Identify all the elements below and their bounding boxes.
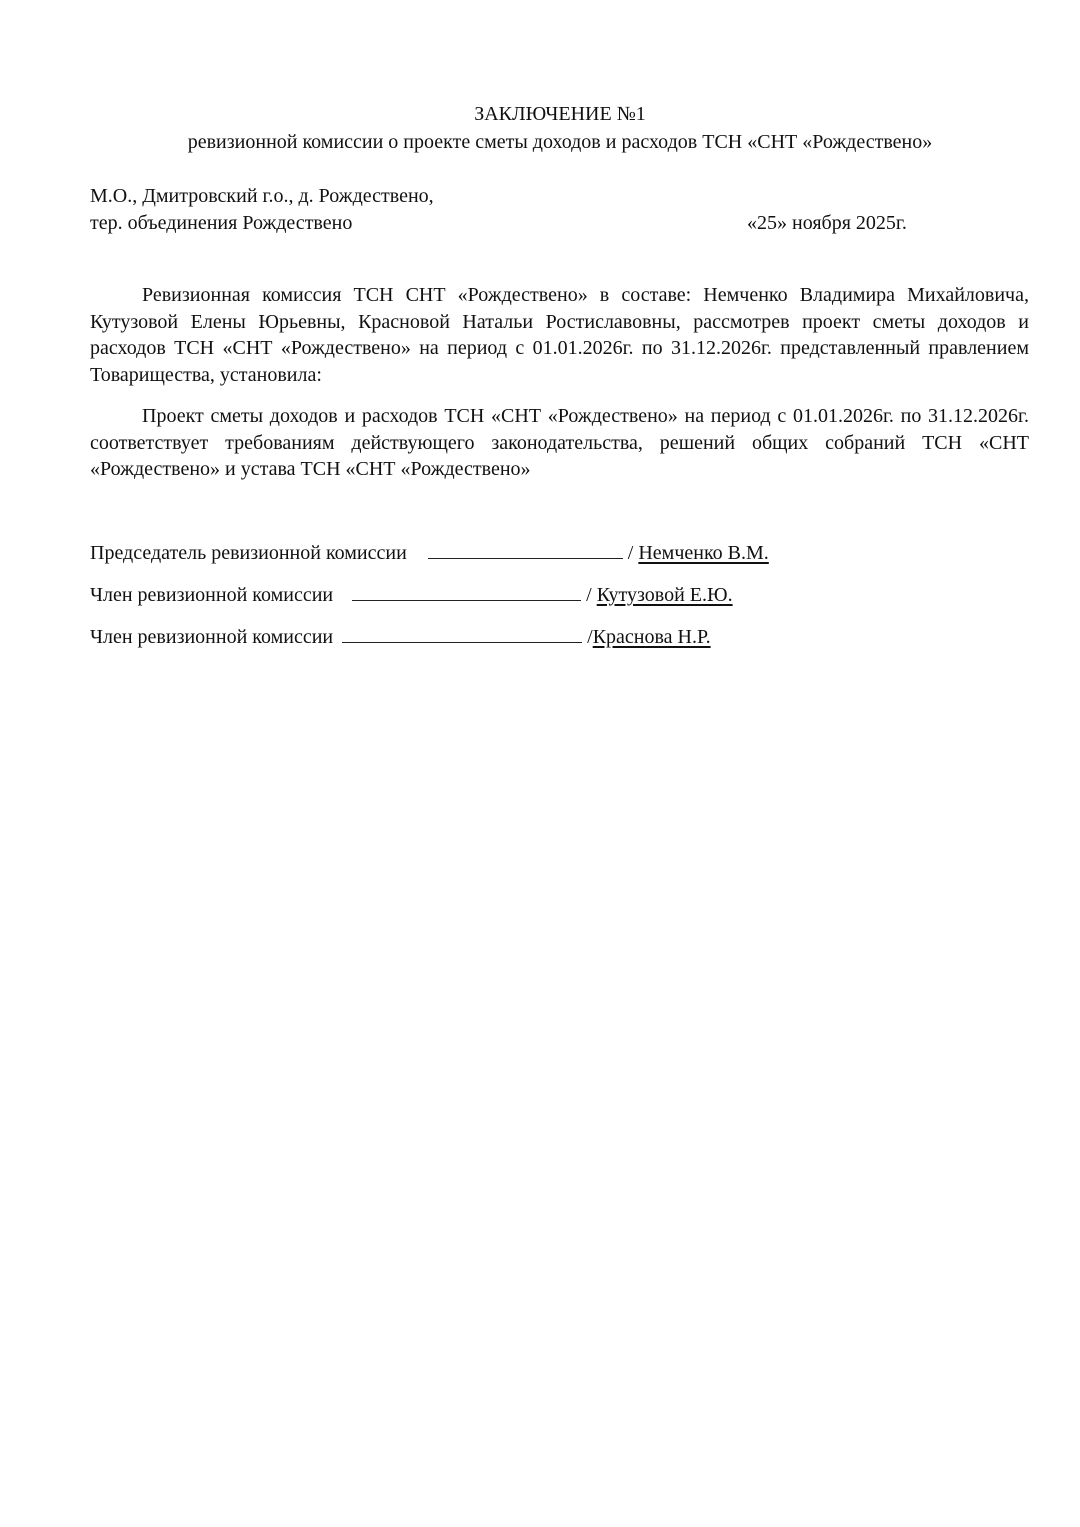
signature-line bbox=[428, 540, 623, 559]
signature-line bbox=[352, 582, 581, 601]
document-date: «25» ноября 2025г. bbox=[747, 212, 907, 235]
signatory-name: Кутузовой Е.Ю. bbox=[597, 584, 733, 606]
signature-row-chairman: Председатель ревизионной комиссии / Немч… bbox=[90, 540, 769, 565]
signature-separator: / bbox=[623, 542, 639, 564]
signatory-name: Краснова Н.Р. bbox=[593, 626, 711, 648]
signature-line bbox=[342, 624, 582, 643]
signature-role: Член ревизионной комиссии bbox=[90, 626, 333, 648]
signature-role: Председатель ревизионной комиссии bbox=[90, 542, 407, 564]
place-line-2: тер. объединения Рождествено bbox=[90, 212, 352, 235]
paragraph-commission: Ревизионная комиссия ТСН СНТ «Рождествен… bbox=[90, 282, 1029, 388]
document-title: ЗАКЛЮЧЕНИЕ №1 bbox=[0, 103, 1080, 126]
document-page: ЗАКЛЮЧЕНИЕ №1 ревизионной комиссии о про… bbox=[0, 0, 1080, 1527]
signatory-name: Немченко В.М. bbox=[638, 542, 768, 564]
signature-separator: / bbox=[581, 584, 597, 606]
signature-separator: / bbox=[582, 626, 593, 648]
document-subtitle: ревизионной комиссии о проекте сметы дох… bbox=[0, 131, 1080, 154]
place-line-1: М.О., Дмитровский г.о., д. Рождествено, bbox=[90, 185, 434, 208]
signature-role: Член ревизионной комиссии bbox=[90, 584, 333, 606]
signature-row-member-1: Член ревизионной комиссии / Кутузовой Е.… bbox=[90, 582, 733, 607]
signature-row-member-2: Член ревизионной комиссии /Краснова Н.Р. bbox=[90, 624, 711, 649]
paragraph-conclusion: Проект сметы доходов и расходов ТСН «СНТ… bbox=[90, 403, 1029, 483]
